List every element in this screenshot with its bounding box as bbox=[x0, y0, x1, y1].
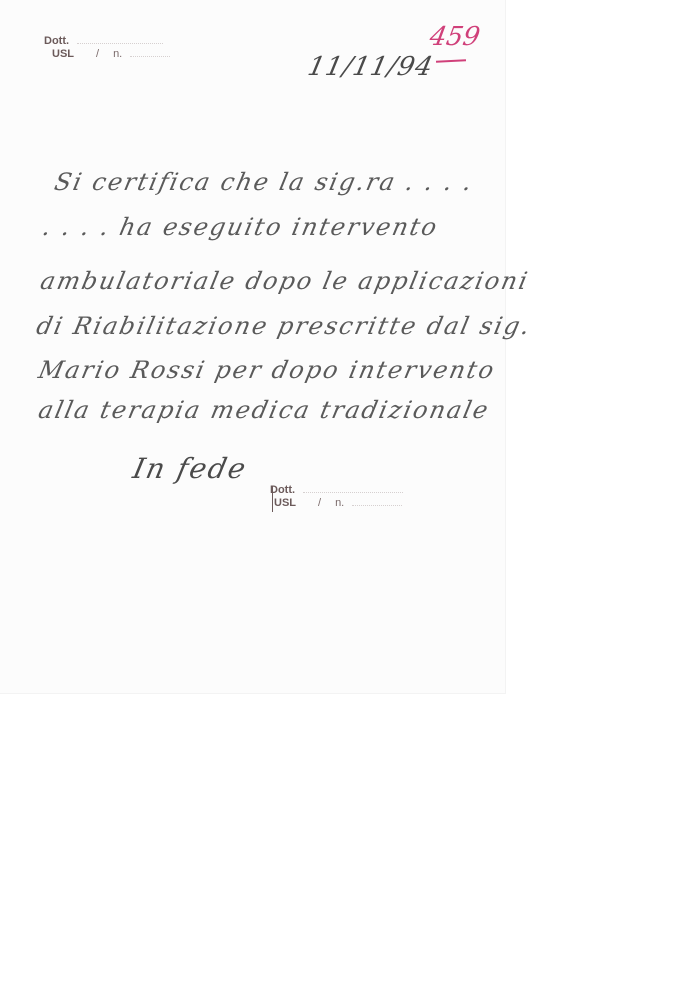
body-line-3: ambulatoriale dopo le applicazioni bbox=[38, 267, 532, 295]
stamp-number-label: n. bbox=[113, 48, 122, 61]
stamp-usl-row: USL / n. bbox=[52, 48, 170, 61]
stamp-usl-row: USL / n. bbox=[274, 497, 403, 510]
stamp-name-blank bbox=[77, 35, 163, 44]
doctor-stamp-top: Dott. USL / n. bbox=[44, 35, 170, 61]
stamp-separator: / bbox=[318, 497, 321, 510]
handwritten-date: 11/11/94 bbox=[305, 52, 436, 82]
stamp-signature-stroke bbox=[272, 486, 273, 512]
body-line-1: Si certifica che la sig.ra . . . . bbox=[52, 168, 476, 196]
stamp-doctor-row: Dott. bbox=[44, 35, 170, 48]
body-line-6: alla terapia medica tradizionale bbox=[36, 396, 492, 424]
document-page: Dott. USL / n. 11/11/94 459 Si certifica… bbox=[0, 0, 700, 989]
body-line-5: Mario Rossi per dopo intervento bbox=[36, 356, 498, 384]
stamp-usl-label: USL bbox=[274, 497, 296, 510]
body-line-2: . . . . ha eseguito intervento bbox=[40, 213, 441, 241]
stamp-number-blank bbox=[352, 497, 402, 506]
stamp-number-blank bbox=[130, 48, 170, 57]
doctor-stamp-bottom: Dott. USL / n. bbox=[270, 484, 403, 510]
stamp-number-label: n. bbox=[335, 497, 344, 510]
stamp-usl-label: USL bbox=[52, 48, 74, 61]
page-number: 459 bbox=[427, 22, 482, 52]
stamp-name-blank bbox=[303, 484, 403, 493]
stamp-doctor-row: Dott. bbox=[270, 484, 403, 497]
body-line-4: di Riabilitazione prescritte dal sig. bbox=[34, 312, 534, 340]
note-paper bbox=[0, 0, 506, 694]
stamp-separator: / bbox=[96, 48, 99, 61]
stamp-doctor-title: Dott. bbox=[44, 35, 69, 48]
closing-signature: In fede bbox=[130, 452, 250, 485]
stamp-doctor-title: Dott. bbox=[270, 484, 295, 497]
